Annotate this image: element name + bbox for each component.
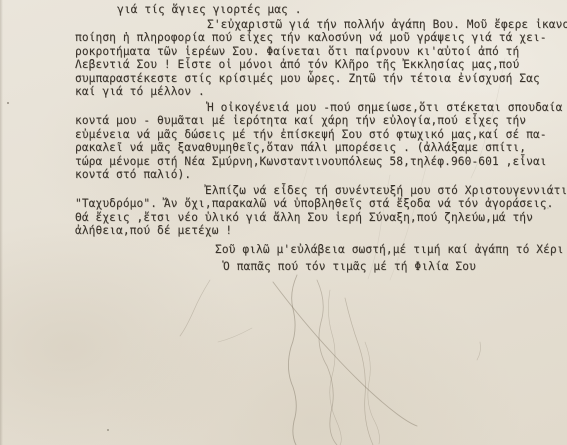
letter-line: ροκροτήματα τῶν ἱερέων Σου. Φαίνεται ὅτι… — [75, 45, 567, 59]
signature-line: Ὁ παπᾶς πού τόν τιμᾶς μέ τή Φιλία Σου — [75, 260, 567, 274]
letter-line: καί γιά τό μέλλον . — [75, 85, 567, 99]
paragraph-thanks: Σ'εὐχαριστῶ γιά τήν πολλήν ἀγάπη Βου. Μο… — [75, 18, 567, 99]
scanned-letter-page: γιά τίς ἅγιες γιορτές μας . Σ'εὐχαριστῶ … — [0, 0, 567, 445]
letter-line: Σοῦ φιλῶ μ'εὐλάβεια σωστή,μέ τιμή καί ἀγ… — [215, 243, 567, 257]
letter-line: Σ'εὐχαριστῶ γιά τήν πολλήν ἀγάπη Βου. Μο… — [207, 18, 567, 32]
letter-line: Θά ἔχεις ,ἔτσι νέο ὑλικό γιά ἄλλη Σου ἱε… — [75, 211, 567, 225]
letter-line: ἀλήθεια,πού δέ μετέχω ! — [75, 224, 567, 238]
letter-text-block: γιά τίς ἅγιες γιορτές μας . Σ'εὐχαριστῶ … — [75, 0, 567, 274]
letter-line: εὐμένεια νά μᾶς δώσεις μέ τήν ἐπίσκεψή Σ… — [75, 128, 567, 142]
letter-line: Ἐλπίζω νά εἶδες τή συνέντευξή μου στό Χρ… — [205, 184, 567, 198]
letter-line: κοντά στό παλιό). — [75, 168, 567, 182]
letter-line: Λεβεντιά Σου ! Εἶστε οἱ μόνοι ἀπό τόν Κλ… — [75, 58, 567, 72]
letter-line: ποίηση ἡ πληροφορία πού εἶχες τήν καλοσύ… — [75, 31, 567, 45]
paragraph-family: Ἡ οἰκογένειά μου -πού σημείωσε,ὅτι στέκε… — [75, 101, 567, 182]
closing-salutation: Σοῦ φιλῶ μ'εὐλάβεια σωστή,μέ τιμή καί ἀγ… — [75, 243, 567, 257]
letter-line: "Ταχυδρόμο". Ἄν ὄχι,παρακαλῶ νά ὑποβληθε… — [75, 197, 567, 211]
letter-line: γιά τίς ἅγιες γιορτές μας . — [117, 3, 567, 17]
paragraph-interview: Ἐλπίζω νά εἶδες τή συνέντευξή μου στό Χρ… — [75, 184, 567, 238]
letter-line: συμπαραστέκεστε στίς κρίσιμές μου ὧρες. … — [75, 72, 567, 86]
letter-line: κοντά μου - θυμᾶται μέ ἱερότητα καί χάρη… — [75, 114, 567, 128]
paragraph-opening-fragment: γιά τίς ἅγιες γιορτές μας . — [75, 3, 567, 17]
letter-line: τώρα μένομε στή Νέα Σμύρνη,Κωνσταντινουπ… — [75, 155, 567, 169]
letter-line: Ἡ οἰκογένειά μου -πού σημείωσε,ὅτι στέκε… — [207, 101, 567, 115]
letter-line: ρακαλεῖ νά μᾶς ξαναθυμηθεῖς,ὅταν πάλι μπ… — [75, 141, 567, 155]
letter-line: Ὁ παπᾶς πού τόν τιμᾶς μέ τή Φιλία Σου — [223, 260, 567, 274]
